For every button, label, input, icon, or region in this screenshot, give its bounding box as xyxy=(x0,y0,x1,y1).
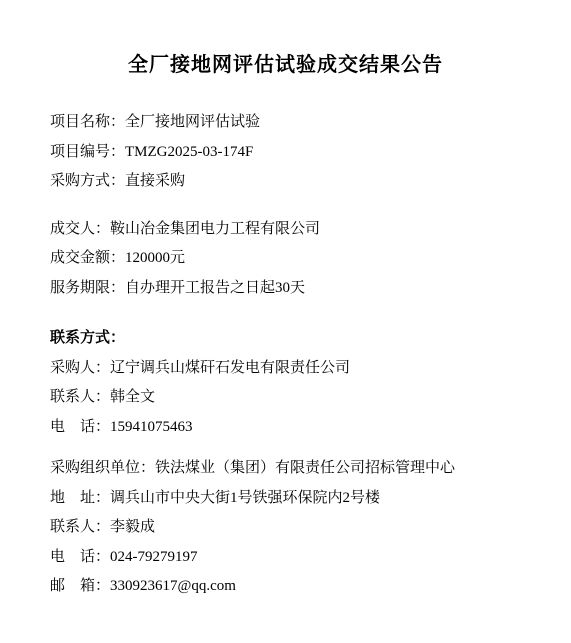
address-label: 地 址： xyxy=(50,490,110,506)
field-service-period: 服务期限：自办理开工报告之日起30天 xyxy=(50,274,531,304)
field-address: 地 址：调兵山市中央大街1号铁强环保院内2号楼 xyxy=(50,484,531,514)
purchaser-label: 采购人： xyxy=(50,360,110,376)
field-project-name: 项目名称：全厂接地网评估试验 xyxy=(50,108,531,138)
phone-purchaser-label: 电 话： xyxy=(50,419,110,435)
transaction-amount-value: 120000元 xyxy=(125,250,185,266)
contact-person-organizer-value: 李毅成 xyxy=(110,519,155,535)
address-value: 调兵山市中央大街1号铁强环保院内2号楼 xyxy=(110,490,380,506)
section-organizer-info: 采购组织单位：铁法煤业（集团）有限责任公司招标管理中心 地 址：调兵山市中央大街… xyxy=(50,454,531,602)
field-email: 邮 箱：330923617@qq.com xyxy=(50,572,531,602)
email-label: 邮 箱： xyxy=(50,578,110,594)
section-transaction-result: 成交人：鞍山冶金集团电力工程有限公司 成交金额：120000元 服务期限：自办理… xyxy=(50,215,531,304)
field-contact-person-organizer: 联系人：李毅成 xyxy=(50,513,531,543)
service-period-value: 自办理开工报告之日起30天 xyxy=(125,280,305,296)
section-contact-info: 联系方式： 采购人：辽宁调兵山煤矸石发电有限责任公司 联系人：韩全文 电 话：1… xyxy=(50,324,531,442)
procurement-method-value: 直接采购 xyxy=(125,173,185,189)
procurement-method-label: 采购方式： xyxy=(50,173,125,189)
field-procurement-method: 采购方式：直接采购 xyxy=(50,167,531,197)
purchaser-value: 辽宁调兵山煤矸石发电有限责任公司 xyxy=(110,360,350,376)
field-purchaser: 采购人：辽宁调兵山煤矸石发电有限责任公司 xyxy=(50,354,531,384)
contact-person-purchaser-label: 联系人： xyxy=(50,389,110,405)
procurement-organizer-value: 铁法煤业（集团）有限责任公司招标管理中心 xyxy=(155,460,455,476)
contact-person-organizer-label: 联系人： xyxy=(50,519,110,535)
project-number-value: TMZG2025-03-174F xyxy=(125,144,253,160)
phone-organizer-value: 024-79279197 xyxy=(110,549,198,565)
procurement-organizer-label: 采购组织单位： xyxy=(50,460,155,476)
service-period-label: 服务期限： xyxy=(50,280,125,296)
document-body: 项目名称：全厂接地网评估试验 项目编号：TMZG2025-03-174F 采购方… xyxy=(50,108,531,602)
project-name-value: 全厂接地网评估试验 xyxy=(125,114,260,130)
field-transaction-amount: 成交金额：120000元 xyxy=(50,244,531,274)
section-project-info: 项目名称：全厂接地网评估试验 项目编号：TMZG2025-03-174F 采购方… xyxy=(50,108,531,197)
phone-organizer-label: 电 话： xyxy=(50,549,110,565)
phone-purchaser-value: 15941075463 xyxy=(110,419,193,435)
announcement-document: 全厂接地网评估试验成交结果公告 项目名称：全厂接地网评估试验 项目编号：TMZG… xyxy=(0,0,571,643)
project-number-label: 项目编号： xyxy=(50,144,125,160)
project-name-label: 项目名称： xyxy=(50,114,125,130)
field-phone-organizer: 电 话：024-79279197 xyxy=(50,543,531,573)
field-phone-purchaser: 电 话：15941075463 xyxy=(50,413,531,443)
field-procurement-organizer: 采购组织单位：铁法煤业（集团）有限责任公司招标管理中心 xyxy=(50,454,531,484)
email-value: 330923617@qq.com xyxy=(110,578,236,594)
field-winning-bidder: 成交人：鞍山冶金集团电力工程有限公司 xyxy=(50,215,531,245)
field-contact-person-purchaser: 联系人：韩全文 xyxy=(50,383,531,413)
contact-info-heading: 联系方式： xyxy=(50,324,531,354)
winning-bidder-label: 成交人： xyxy=(50,221,110,237)
transaction-amount-label: 成交金额： xyxy=(50,250,125,266)
winning-bidder-value: 鞍山冶金集团电力工程有限公司 xyxy=(110,221,320,237)
page-title: 全厂接地网评估试验成交结果公告 xyxy=(0,0,571,78)
field-project-number: 项目编号：TMZG2025-03-174F xyxy=(50,138,531,168)
contact-person-purchaser-value: 韩全文 xyxy=(110,389,155,405)
